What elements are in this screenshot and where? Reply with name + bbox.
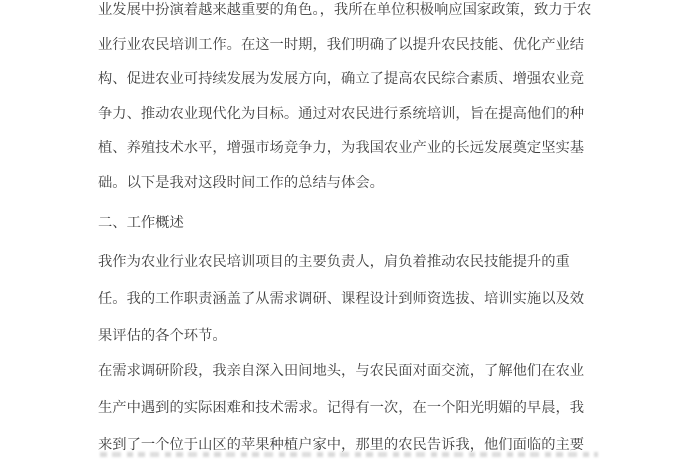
text-line: 生产中遇到的实际困难和技术需求。记得有一次，在一个阳光明媚的早晨，我 bbox=[98, 390, 602, 427]
text-line: 任。我的工作职责涵盖了从需求调研、课程设计到师资选拔、培训实施以及效 bbox=[98, 281, 602, 318]
cropped-next-line bbox=[100, 452, 598, 457]
text-line: 来到了一个位于山区的苹果种植户家中，那里的农民告诉我，他们面临的主要 bbox=[98, 427, 602, 464]
text-line: 业发展中扮演着越来越重要的角色。，我所在单位积极响应国家政策，致力于农 bbox=[98, 0, 602, 28]
document-page: 业发展中扮演着越来越重要的角色。，我所在单位积极响应国家政策，致力于农业行业农民… bbox=[98, 0, 602, 463]
paragraph: 业发展中扮演着越来越重要的角色。，我所在单位积极响应国家政策，致力于农业行业农民… bbox=[98, 0, 602, 201]
text-line: 争力、推动农业现代化为目标。通过对农民进行系统培训，旨在提高他们的种 bbox=[98, 97, 602, 132]
section-heading: 二、工作概述 bbox=[98, 206, 602, 240]
heading-line: 二、工作概述 bbox=[98, 206, 602, 240]
text-line: 业行业农民培训工作。在这一时期，我们明确了以提升农民技能、优化产业结 bbox=[98, 28, 602, 63]
text-line: 础。以下是我对这段时间工作的总结与体会。 bbox=[98, 166, 602, 201]
text-line: 果评估的各个环节。 bbox=[98, 318, 602, 355]
text-line: 我作为农业行业农民培训项目的主要负责人，肩负着推动农民技能提升的重 bbox=[98, 244, 602, 281]
text-line: 在需求调研阶段，我亲自深入田间地头，与农民面对面交流，了解他们在农业 bbox=[98, 353, 602, 390]
text-line: 植、养殖技术水平，增强市场竞争力，为我国农业产业的长远发展奠定坚实基 bbox=[98, 131, 602, 166]
paragraph: 我作为农业行业农民培训项目的主要负责人，肩负着推动农民技能提升的重任。我的工作职… bbox=[98, 244, 602, 355]
document-text-container: 业发展中扮演着越来越重要的角色。，我所在单位积极响应国家政策，致力于农业行业农民… bbox=[98, 0, 602, 464]
paragraph: 在需求调研阶段，我亲自深入田间地头，与农民面对面交流，了解他们在农业生产中遇到的… bbox=[98, 353, 602, 464]
text-line: 构、促进农业可持续发展为发展方向，确立了提高农民综合素质、增强农业竞 bbox=[98, 62, 602, 97]
